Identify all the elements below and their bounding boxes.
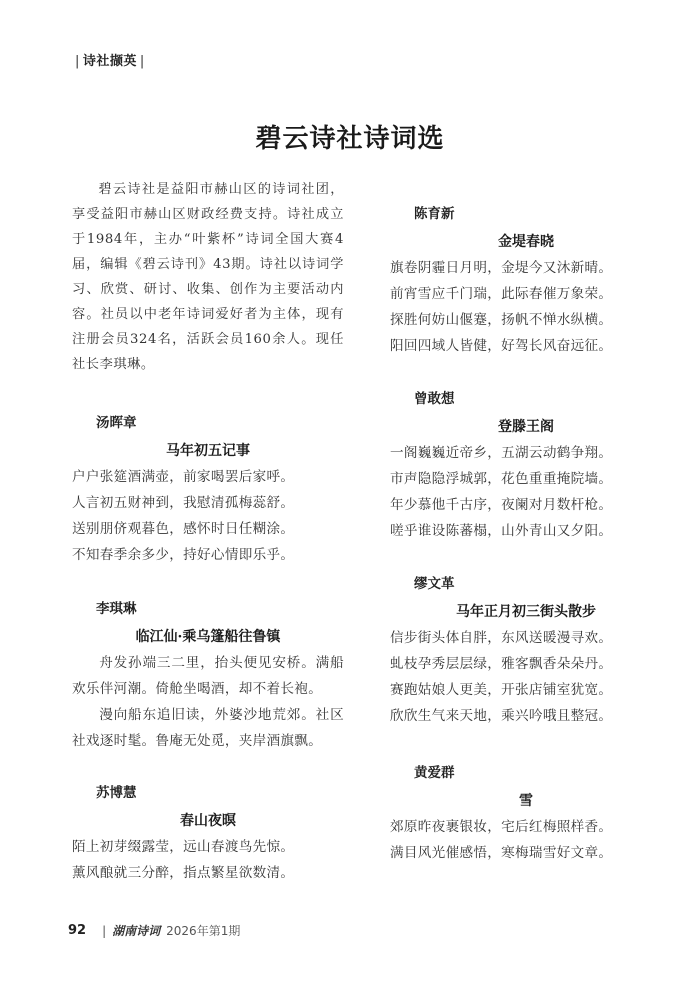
- poem-line: 送别朋侪观暮色，感怀时日任糊涂。: [72, 516, 344, 542]
- poem-title: 雪: [390, 788, 662, 814]
- intro-paragraph: 碧云诗社是益阳市赫山区的诗词社团，享受益阳市赫山区财政经费支持。诗社成立于198…: [72, 177, 344, 377]
- poem-huang-aiqun: 黄爱群 雪 郊原昨夜裹银妆，宅后红梅照样香。 满目风光催感悟，寒梅瑞雪好文章。: [390, 762, 662, 866]
- poem-title: 马年初五记事: [72, 438, 344, 464]
- poem-title: 临江仙·乘乌篷船往鲁镇: [72, 624, 344, 650]
- poem-author: 曾敢想: [390, 388, 662, 410]
- poem-line: 人言初五财神到，我慰清孤梅蕊舒。: [72, 490, 344, 516]
- poem-line: 满目风光催感悟，寒梅瑞雪好文章。: [390, 840, 662, 866]
- poem-su-bohui: 苏博慧 春山夜暝 陌上初芽缀露莹，远山春渡鸟先惊。 薰风酿就三分醉，指点繁星欲数…: [72, 782, 344, 886]
- page-number: 92: [68, 923, 86, 938]
- poem-li-qilin: 李琪琳 临江仙·乘乌篷船往鲁镇 舟发孙端三二里，抬头便见安桥。满船欢乐伴河潮。倚…: [72, 598, 344, 754]
- poem-author: 李琪琳: [72, 598, 344, 620]
- poem-title: 金堤春晓: [390, 229, 662, 255]
- poem-miao-wenge: 缪文革 马年正月初三街头散步 信步街头体自胖，东风送暖漫寻欢。 虬枝孕秀层层绿，…: [390, 573, 662, 729]
- poem-line: 探胜何妨山偃蹇，扬帆不惮水纵横。: [390, 307, 662, 333]
- poem-author: 苏博慧: [72, 782, 344, 804]
- poem-line: 陌上初芽缀露莹，远山春渡鸟先惊。: [72, 834, 344, 860]
- poem-title: 登滕王阁: [390, 414, 662, 440]
- poem-line: 嗟乎谁设陈蕃榻，山外青山又夕阳。: [390, 518, 662, 544]
- poem-line: 不知春季余多少，持好心情即乐乎。: [72, 542, 344, 568]
- poem-paragraph: 漫向船东追旧读，外婆沙地荒郊。社区社戏逐时髦。鲁庵无处觅，夹岸酒旗飘。: [72, 702, 344, 754]
- poem-title: 马年正月初三街头散步: [390, 599, 662, 625]
- page-footer: 92 | 湖南诗词 2026年第1期: [68, 922, 240, 939]
- poem-line: 市声隐隐浮城郭，花色重重掩院墙。: [390, 466, 662, 492]
- poem-line: 一阁巍巍近帝乡，五湖云动鹤争翔。: [390, 440, 662, 466]
- poem-line: 户户张筵酒满壶，前家喝罢后家呼。: [72, 464, 344, 490]
- poem-author: 陈育新: [390, 203, 662, 225]
- section-tag: |诗社撷英|: [72, 50, 148, 69]
- poem-title: 春山夜暝: [72, 808, 344, 834]
- section-tag-bar-right: |: [140, 54, 145, 69]
- poem-line: 薰风酿就三分醉，指点繁星欲数清。: [72, 860, 344, 886]
- magazine-logo: 湖南诗词: [112, 922, 160, 939]
- poem-zeng-ganxiang: 曾敢想 登滕王阁 一阁巍巍近帝乡，五湖云动鹤争翔。 市声隐隐浮城郭，花色重重掩院…: [390, 388, 662, 544]
- poem-line: 阳回四域人皆健，好驾长风奋远征。: [390, 333, 662, 359]
- page-title: 碧云诗社诗词选: [0, 118, 700, 155]
- footer-separator: |: [102, 924, 106, 938]
- poem-line: 郊原昨夜裹银妆，宅后红梅照样香。: [390, 814, 662, 840]
- poem-line: 前宵雪应千门瑞，此际春催万象荣。: [390, 281, 662, 307]
- poem-line: 欣欣生气来天地，乘兴吟哦且整冠。: [390, 703, 662, 729]
- poem-paragraph: 舟发孙端三二里，抬头便见安桥。满船欢乐伴河潮。倚舱坐喝酒，却不着长袍。: [72, 650, 344, 702]
- poem-author: 缪文革: [390, 573, 662, 595]
- poem-line: 赛跑姑娘人更美，开张店铺室犹宽。: [390, 677, 662, 703]
- poem-line: 信步街头体自胖，东风送暖漫寻欢。: [390, 625, 662, 651]
- section-tag-bar-left: |: [75, 54, 80, 69]
- section-tag-label: 诗社撷英: [83, 54, 137, 69]
- poem-tang-huizhang: 汤晖章 马年初五记事 户户张筵酒满壶，前家喝罢后家呼。 人言初五财神到，我慰清孤…: [72, 412, 344, 568]
- poem-author: 黄爱群: [390, 762, 662, 784]
- issue-label: 2026年第1期: [166, 922, 240, 939]
- poem-line: 旗卷阴霾日月明，金堤今又沐新晴。: [390, 255, 662, 281]
- poem-author: 汤晖章: [72, 412, 344, 434]
- poem-chen-yuxin: 陈育新 金堤春晓 旗卷阴霾日月明，金堤今又沐新晴。 前宵雪应千门瑞，此际春催万象…: [390, 203, 662, 359]
- poem-line: 虬枝孕秀层层绿，雅客飘香朵朵丹。: [390, 651, 662, 677]
- poem-line: 年少慕他千古序，夜阑对月数杆枪。: [390, 492, 662, 518]
